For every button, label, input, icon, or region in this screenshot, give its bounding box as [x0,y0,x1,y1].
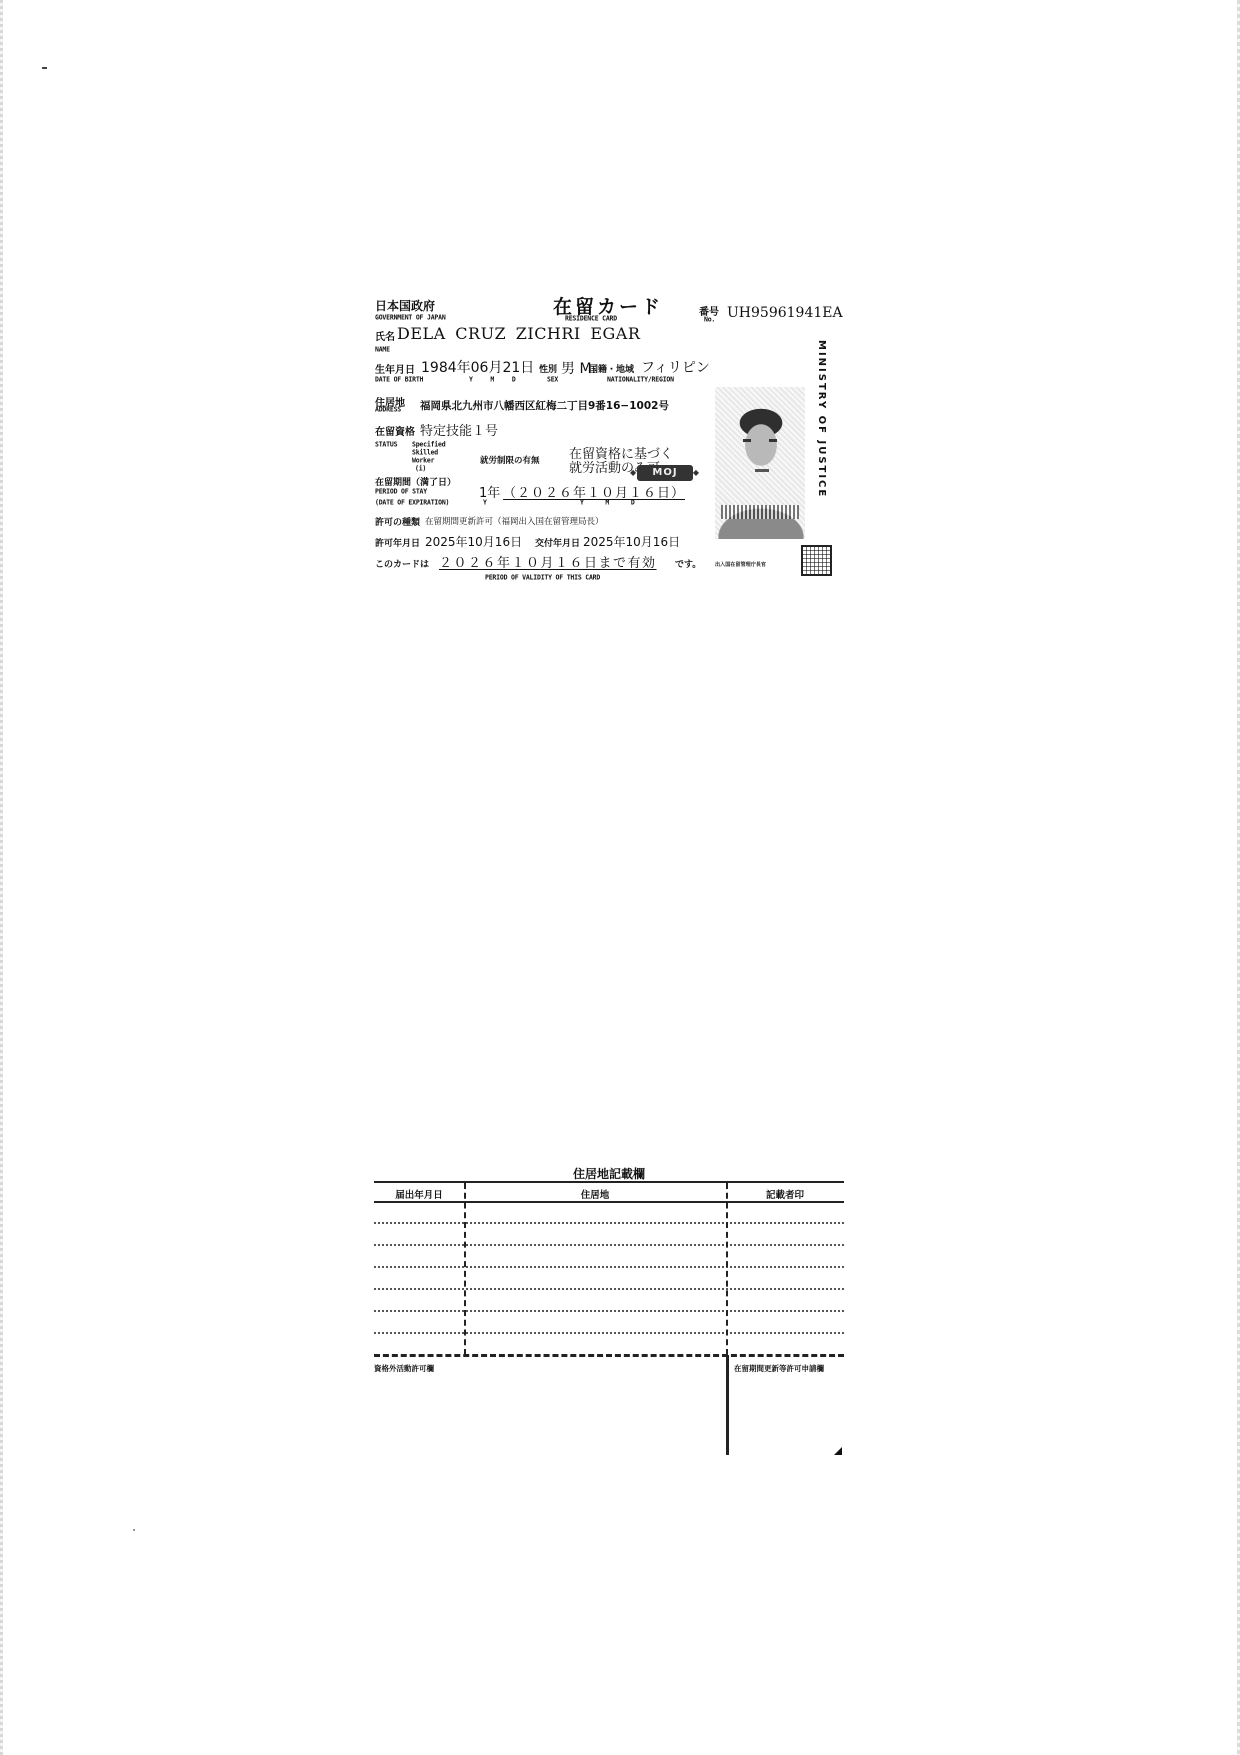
card-validity-date: ２０２６年１０月１６日まで有効 [439,552,657,571]
validity-prefix: このカードは [375,557,429,570]
address-record-title: 住居地記載欄 [374,1165,844,1182]
column-header-stamp: 記載者印 [726,1187,844,1201]
table-top-border [374,1181,844,1183]
permit-type: 在留期間更新許可（福岡出入国在留管理局長） [425,515,604,527]
permission-outside-activity-label: 資格外活動許可欄 [374,1363,434,1374]
row-divider [374,1244,844,1246]
address: 福岡県北九州市八幡西区紅梅二丁目9番16−1002号 [420,398,669,413]
dob-ymd: Y M D [469,375,516,384]
period-label-en-1: PERIOD OF STAY [375,487,427,496]
permit-date: 2025年10月16日 [425,533,522,550]
status-label-jp: 在留資格 [375,423,415,438]
validity-label-en: PERIOD OF VALIDITY OF THIS CARD [485,573,600,582]
row-divider [374,1288,844,1290]
status-jp: 特定技能１号 [420,420,498,439]
nationality-label-jp: 国籍・地域 [589,362,634,375]
holder-name: DELA CRUZ ZICHRI EGAR [397,324,640,343]
address-label-en: ADDRESS [375,405,401,414]
column-header-address: 住居地 [464,1187,726,1201]
moj-hologram-badge: MOJ [637,465,693,481]
holder-photo [715,387,805,539]
residence-card-back: 住居地記載欄 届出年月日 住居地 記載者印 資格外活動許可欄 在留期間更新等許可… [374,1165,844,1455]
dob-label-jp: 生年月日 [375,361,415,376]
validity-suffix: です。 [675,557,701,570]
corner-mark [834,1447,842,1455]
row-divider [374,1310,844,1312]
permit-type-label: 許可の種類 [375,515,420,528]
status-en-4: (i) [415,464,426,473]
scan-edge-left [0,0,3,1755]
nationality-label-en: NATIONALITY/REGION [607,375,674,384]
period-label-en-2: (DATE OF EXPIRATION) [375,498,449,507]
sex-label-jp: 性別 [539,362,557,375]
row-divider [374,1332,844,1334]
table-bottom-border [374,1354,844,1357]
date-of-birth: 1984年06月21日 [421,357,534,377]
card-number-label-en: No. [704,315,715,324]
name-label-jp: 氏名 [375,328,395,343]
dob-label-en: DATE OF BIRTH [375,375,423,384]
sex-label-en: SEX [547,375,558,384]
issuer-signature: 出入国在留管理庁長官 [715,560,766,568]
photo-mouth [755,469,769,472]
issue-date: 2025年10月16日 [583,533,680,550]
work-restriction-label: 就労制限の有無 [480,454,540,466]
row-divider [374,1222,844,1224]
section-divider [726,1355,729,1455]
scan-speck [42,67,47,69]
column-header-date: 届出年月日 [374,1187,464,1201]
period-ymd-2: Y M D [580,498,635,507]
card-number: UH95961941EA [727,305,843,321]
issuer-en: GOVERNMENT OF JAPAN [375,313,446,322]
photo-eye [743,439,751,442]
header-bottom-border [374,1201,844,1203]
photo-security-strip [721,505,799,519]
column-divider [464,1183,466,1355]
period-ymd-1: Y [483,498,487,507]
card-title-en: RESIDENCE CARD [565,314,617,323]
row-divider [374,1266,844,1268]
ministry-of-justice-vertical: MINISTRY OF JUSTICE [813,340,827,498]
scan-speck [133,1529,135,1531]
photo-eye [769,439,777,442]
name-label-en: NAME [375,345,390,354]
issue-date-label: 交付年月日 [535,536,580,549]
issuer-jp: 日本国政府 [375,297,435,314]
permit-date-label: 許可年月日 [375,536,420,549]
residence-card-front: 日本国政府 GOVERNMENT OF JAPAN 在留カード RESIDENC… [375,295,835,590]
official-seal-icon [801,545,832,576]
nationality: フィリピン [641,357,710,377]
status-label-en: STATUS [375,440,397,449]
extension-application-label: 在留期間更新等許可申請欄 [734,1363,824,1374]
column-divider [726,1183,728,1355]
